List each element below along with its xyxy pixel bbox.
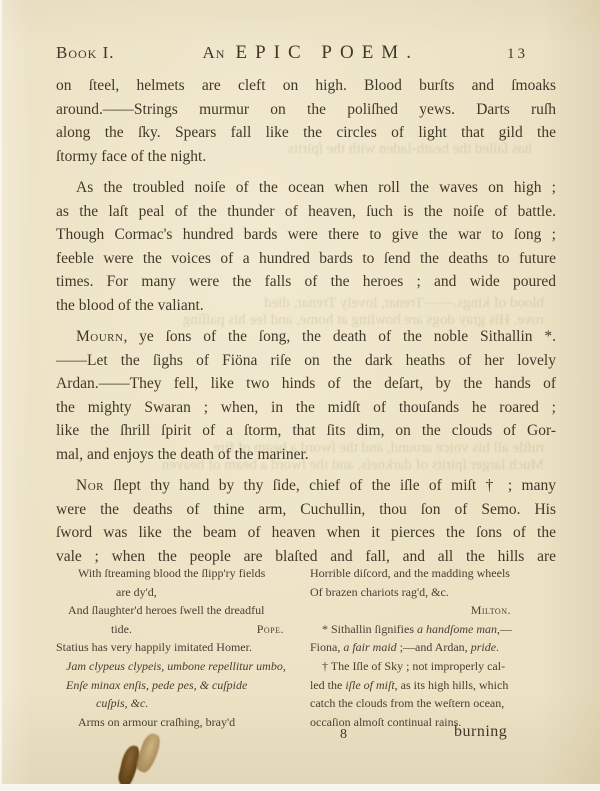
footnote-text: † The Iſle of Sky ; not improperly cal- [322,659,505,673]
footnote-line: tide.Pope. [56,620,306,639]
text-line: ——Let the ſighs of Fiöna riſe on the dar… [56,349,556,373]
text-line: ſtormy face of the night. [56,145,556,169]
footnote-left-column: With ſtreaming blood the ſlipp'ry fields… [56,564,306,731]
footnote-text: Fiona, a fair maid ;—and Ardan, pride. [310,640,499,654]
text-line: feeble were the voices of a hundred bard… [56,247,556,271]
text-segment: iſle of miſt [345,678,394,692]
footnote-line: Fiona, a fair maid ;—and Ardan, pride. [310,638,556,657]
text-segment: ſword was like the beam of heaven when i… [56,524,556,541]
footnote-line: Statius has very happily imitated Homer. [56,638,306,657]
footnote-text: led the iſle of miſt, as its high hills,… [310,678,508,692]
text-segment: ;—and Ardan, [397,640,471,654]
footnote-line: Horrible diſcord, and the madding wheels [310,564,556,583]
footnote-text: Of brazen chariots rag'd, &c. [310,585,449,599]
text-line: times. For many were the falls of the he… [56,270,556,294]
text-segment: † The Iſle of Sky ; not improperly cal- [322,659,505,673]
title-main: EPIC POEM. [235,42,418,63]
footnote-text: Arms on armour craſhing, bray'd [78,715,235,729]
text-segment: Though Cormac's hundred bards were there… [56,226,556,243]
text-line: Though Cormac's hundred bards were there… [56,223,556,247]
text-segment: around.——Strings murmur on the poliſhed … [56,101,556,118]
running-header: Book I. AnEPIC POEM. 13 [56,42,556,66]
text-line: as the laſt peal of the thunder of heave… [56,200,556,224]
footnote-line: led the iſle of miſt, as its high hills,… [310,676,556,695]
text-segment: a fair maid [343,640,396,654]
footnote-line: With ſtreaming blood the ſlipp'ry fields [56,564,306,583]
text-line: Ardan.——They fell, like two hinds of the… [56,372,556,396]
text-segment: ſlept thy hand by thy ſide, chief of the… [104,477,556,494]
text-segment: Horrible diſcord, and the madding wheels [310,566,510,580]
footnote-right-column: Horrible diſcord, and the madding wheels… [310,564,556,731]
page-heading: AnEPIC POEM. [115,42,508,64]
footnote-line: * Sithallin ſignifies a handſome man,— [310,620,556,639]
footnote-text: Statius has very happily imitated Homer. [56,640,252,654]
footnote-line: catch the clouds from the weſtern ocean, [310,694,556,713]
text-segment: the mighty Swaran ; when, in the midſt o… [56,399,556,416]
footnote-text: cuſpis, &c. [96,696,148,710]
text-segment: , as its high hills, which [395,678,509,692]
scan-edge-left [0,0,2,791]
text-line: ſword was like the beam of heaven when i… [56,521,556,545]
text-segment: Pope. [257,620,284,639]
page-number: 13 [507,46,528,63]
text-segment: the blood of the valiant. [56,297,204,314]
text-segment: Fiona, [310,640,343,654]
text-segment: , ye ſons of the ſong, the death of the … [123,328,556,345]
catchword: burning [454,723,507,741]
text-line: were the deaths of thine arm, Cuchullin,… [56,498,556,522]
footnote-text: With ſtreaming blood the ſlipp'ry fields [78,566,265,580]
footnote-text: are dy'd, [116,585,157,599]
text-segment: led the [310,678,345,692]
text-segment: catch the clouds from the weſtern ocean, [310,696,504,710]
text-line: the blood of the valiant. [56,294,556,318]
text-segment: Nor [76,477,104,494]
paragraph: As the troubled noiſe of the ocean when … [56,176,556,317]
footnote-line: Arms on armour craſhing, bray'd [56,713,306,732]
text-segment: as the laſt peal of the thunder of heave… [56,203,556,220]
text-line: Mourn, ye ſons of the ſong, the death of… [56,325,556,349]
book-page: has ſailed the heath-laden with the ſpir… [2,0,600,784]
paragraph: on ſteel, helmets are cleft on high. Blo… [56,74,556,168]
text-line: along the ſky. Spears fall like the circ… [56,121,556,145]
text-line: the mighty Swaran ; when, in the midſt o… [56,396,556,420]
text-segment: Jam clypeus clypeis, umbone repellitur u… [66,659,286,673]
text-segment: Enſe minax enſis, pede pes, & cuſpide [66,678,247,692]
text-segment: . [496,640,499,654]
footnote-text: catch the clouds from the weſtern ocean, [310,696,504,710]
title-prefix: An [203,43,226,62]
text-line: on ſteel, helmets are cleft on high. Blo… [56,74,556,98]
paragraph: Nor ſlept thy hand by thy ſide, chief of… [56,474,556,568]
footnote-text: Jam clypeus clypeis, umbone repellitur u… [66,659,286,673]
footnote-line: Enſe minax enſis, pede pes, & cuſpide [56,676,306,695]
text-segment: times. For many were the falls of the he… [56,273,556,290]
footnote-line: cuſpis, &c. [56,694,306,713]
footnote-line: are dy'd, [56,583,306,602]
footnote-line: Milton. [310,601,556,620]
footnote-line: Jam clypeus clypeis, umbone repellitur u… [56,657,306,676]
text-segment: ſtormy face of the night. [56,148,206,165]
text-segment: * Sithallin ſignifies [322,622,417,636]
text-segment: pride [471,640,496,654]
text-line: mal, and enjoys the death of the mariner… [56,443,556,467]
main-text: on ſteel, helmets are cleft on high. Blo… [56,74,556,576]
paragraph: Mourn, ye ſons of the ſong, the death of… [56,325,556,466]
text-line: around.——Strings murmur on the poliſhed … [56,98,556,122]
book-label: Book I. [56,43,115,63]
footnote-text: tide. [111,620,132,639]
footnote-text: And ſlaughter'd heroes ſwell the dreadfu… [68,603,264,617]
text-segment: Ardan.——They fell, like two hinds of the… [56,375,556,392]
footnote-text: occaſion almoſt continual rains. [310,715,461,729]
text-segment: ,— [497,622,512,636]
footnote-line: † The Iſle of Sky ; not improperly cal- [310,657,556,676]
text-segment: were the deaths of thine arm, Cuchullin,… [56,501,556,518]
text-segment: are dy'd, [116,585,157,599]
text-line: As the troubled noiſe of the ocean when … [56,176,556,200]
text-segment: feeble were the voices of a hundred bard… [56,250,556,267]
footnote-text: Horrible diſcord, and the madding wheels [310,566,510,580]
text-segment: Milton. [471,603,511,617]
text-segment: tide. [111,622,132,636]
footnote-line: Of brazen chariots rag'd, &c. [310,583,556,602]
text-segment: occaſion almoſt continual rains. [310,715,461,729]
text-segment: Of brazen chariots rag'd, &c. [310,585,449,599]
text-segment: Arms on armour craſhing, bray'd [78,715,235,729]
text-segment: along the ſky. Spears fall like the circ… [56,124,556,141]
text-segment: cuſpis, &c. [96,696,148,710]
footnote-text: Enſe minax enſis, pede pes, & cuſpide [66,678,247,692]
text-segment: a handſome man [417,622,497,636]
text-segment: With ſtreaming blood the ſlipp'ry fields [78,566,265,580]
footnote-line: And ſlaughter'd heroes ſwell the dreadfu… [56,601,306,620]
footnote-text: * Sithallin ſignifies a handſome man,— [322,622,512,636]
text-segment: like the ſhrill ſpirit of a ſtorm, that … [56,422,556,439]
text-line: Nor ſlept thy hand by thy ſide, chief of… [56,474,556,498]
text-segment: Mourn [76,328,123,345]
footnote-text: Milton. [471,603,511,617]
text-segment: vale ; when the people are blaſted and f… [56,548,556,565]
text-line: like the ſhrill ſpirit of a ſtorm, that … [56,419,556,443]
scan-edge-bottom [0,784,600,791]
text-segment: on ſteel, helmets are cleft on high. Blo… [56,77,556,94]
text-segment: ——Let the ſighs of Fiöna riſe on the dar… [56,352,556,369]
text-segment: mal, and enjoys the death of the mariner… [56,446,309,463]
text-segment: Statius has very happily imitated Homer. [56,640,252,654]
text-segment: And ſlaughter'd heroes ſwell the dreadfu… [68,603,264,617]
signature-mark: 8 [340,727,347,743]
ink-blot-light [134,731,163,774]
text-segment: As the troubled noiſe of the ocean when … [76,179,556,196]
